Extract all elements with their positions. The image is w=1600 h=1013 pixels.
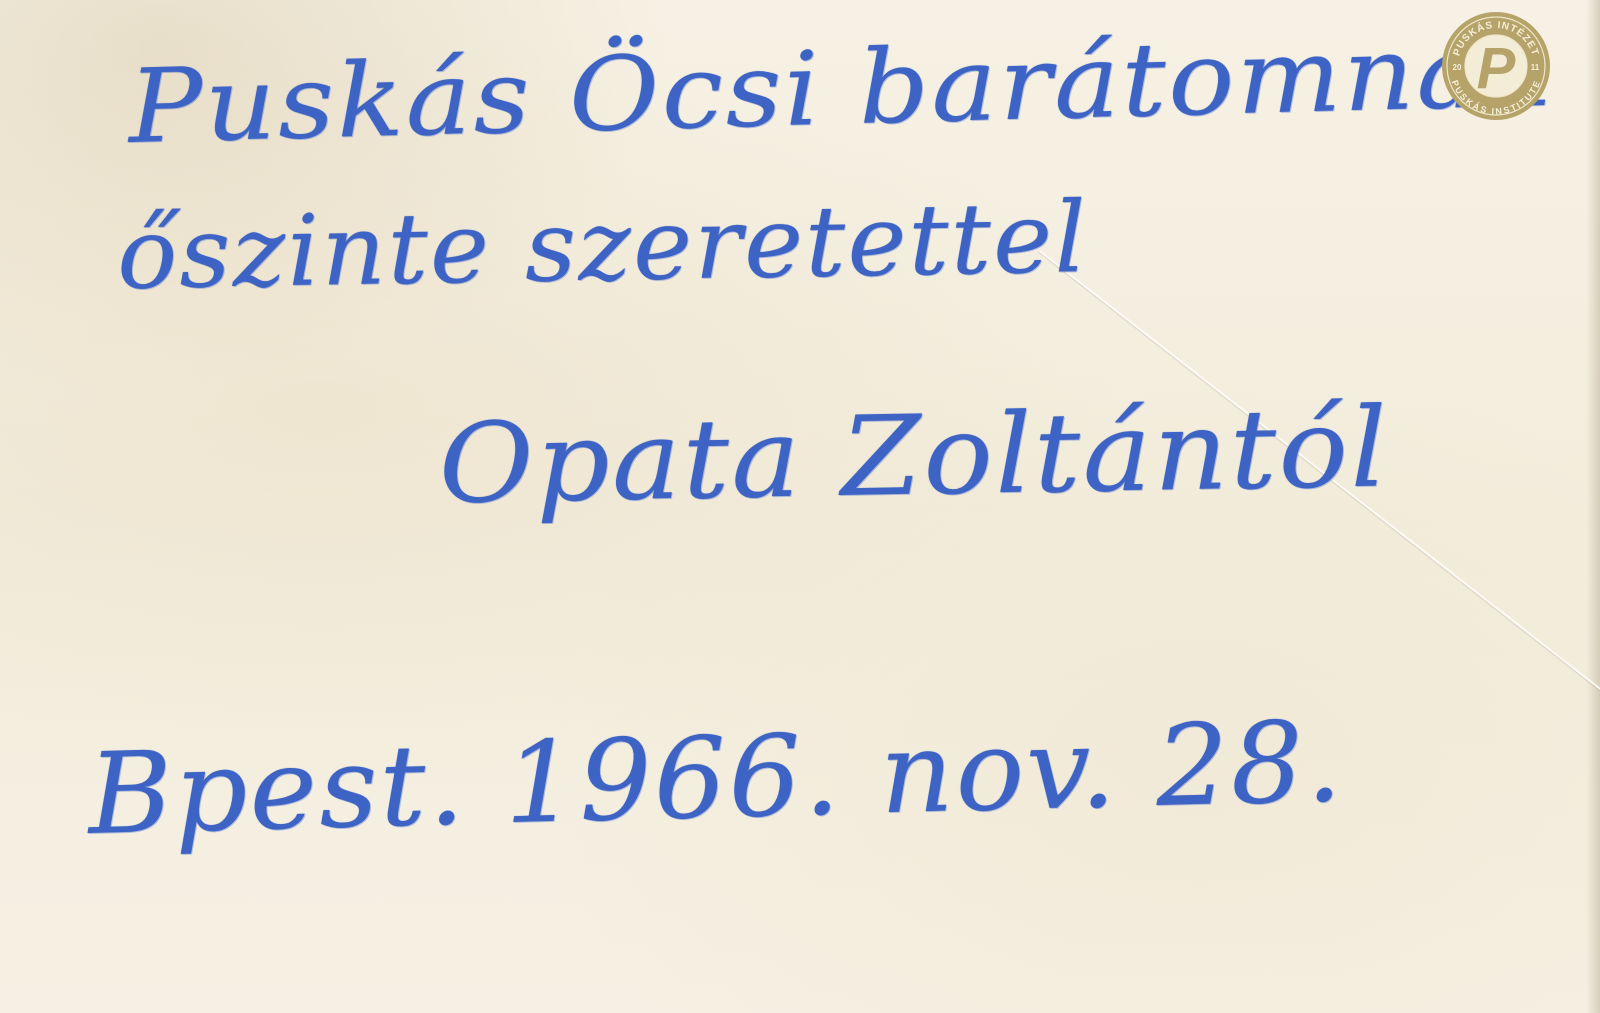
date-line: Bpest. 1966. nov. 28. xyxy=(87,697,1346,860)
puskas-institute-logo-icon: PUSKÁS INTÉZET PUSKÁS INSTITUTE P 20 11 xyxy=(1440,10,1552,122)
card-edge-shadow xyxy=(1586,0,1600,1013)
dedication-line-1: Puskás Öcsi barátomnak xyxy=(127,11,1554,167)
dedication-card: Puskás Öcsi barátomnak őszinte szeretett… xyxy=(0,0,1600,1013)
signature-line: Opata Zoltántól xyxy=(438,383,1390,528)
logo-year-right: 11 xyxy=(1531,63,1540,72)
dedication-line-2: őszinte szeretettel xyxy=(116,181,1089,312)
logo-year-left: 20 xyxy=(1453,63,1462,72)
logo-letter: P xyxy=(1477,36,1516,101)
